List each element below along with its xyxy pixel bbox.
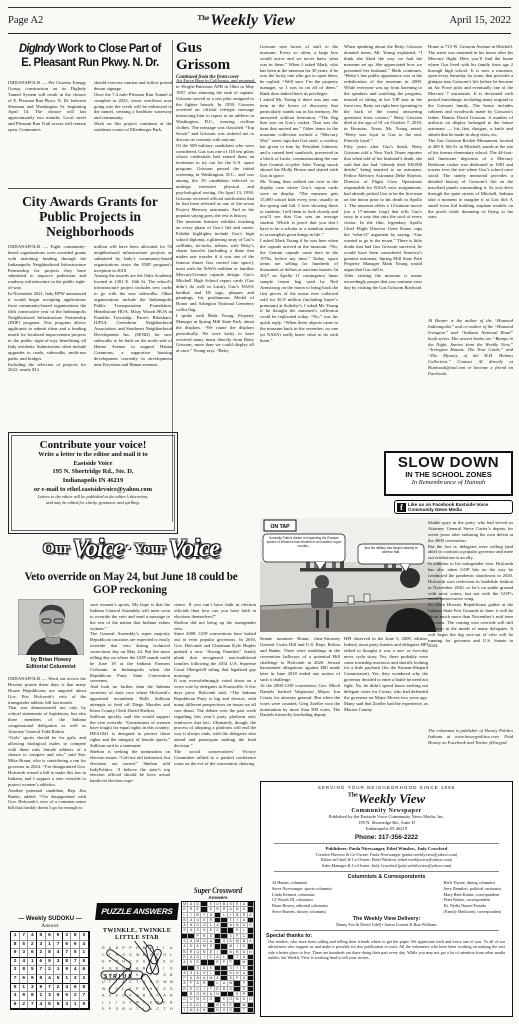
wordsearch-letter: C xyxy=(129,960,132,964)
thanks-text: Our readers, who have been calling and t… xyxy=(266,939,507,961)
delivery-names: Danny Fox & David Udell • Aaron Cornett … xyxy=(266,922,507,928)
columnists-lists: Al Hunter, columnistSteve Nicewanger, sp… xyxy=(266,880,507,915)
wordsearch-letter: H xyxy=(150,987,153,991)
wordsearch-letter: T xyxy=(136,980,139,984)
wordsearch-letter: K xyxy=(136,973,139,977)
crossword-cell: I xyxy=(182,1008,189,1013)
byline-role: Editorial Columnist xyxy=(12,664,90,671)
wordsearch-letter: I xyxy=(116,980,117,984)
masthead-box-name: Weekly View xyxy=(358,791,425,806)
wordsearch-letter: B xyxy=(116,946,119,950)
section-rule xyxy=(8,188,172,189)
wordsearch-letter: H xyxy=(143,980,146,984)
sudoku-cell: 3 xyxy=(80,932,89,941)
sudoku-cell: 8 xyxy=(63,958,72,967)
page-number: Page A2 xyxy=(8,15,43,26)
sudoku-cell: 1 xyxy=(11,932,20,941)
sudoku-cell: 2 xyxy=(54,984,63,993)
contribute-email: or e-mail to ethel.eastsidevoice@yahoo.c… xyxy=(12,486,174,495)
wordsearch-letter: C xyxy=(102,953,105,957)
slowdown-line3: In Remembrance of Hannah xyxy=(386,479,511,487)
wordsearch-title-line2: LITTLE STAR xyxy=(97,934,177,941)
wordsearch-letter: D xyxy=(143,987,146,991)
wordsearch-letter: R xyxy=(102,946,105,950)
on-tap-sign: ON TAP xyxy=(270,524,290,530)
columnist-entry: (Family Medicine), correspondent xyxy=(444,909,501,915)
columnist-photo-art xyxy=(18,599,84,655)
sudoku-cell: 7 xyxy=(20,932,29,941)
wordsearch-letter: I xyxy=(163,946,164,950)
sudoku-cell: 4 xyxy=(63,984,72,993)
sudoku-cell: 5 xyxy=(63,992,72,1001)
wordsearch-grid-art: SIRIUS RKBPPGBUTIACTHGDWMWPOLEPDHCSSACEO… xyxy=(98,941,176,1015)
wordsearch-letter: S xyxy=(170,967,173,971)
crossword-cell xyxy=(208,1008,215,1013)
columnists-left-list: Al Hunter, columnistSteve Nicewanger, sp… xyxy=(272,880,332,915)
sudoku-cell: 7 xyxy=(46,984,55,993)
sudoku-cell: 4 xyxy=(37,1001,46,1010)
wordsearch-letter: S xyxy=(122,1001,125,1005)
wordsearch-letter: T xyxy=(163,1007,166,1011)
sudoku-cell: 2 xyxy=(20,1001,29,1010)
contribute-title: Contribute your voice! xyxy=(12,439,174,451)
facebook-icon: f xyxy=(397,503,406,512)
wordsearch-letter: K xyxy=(163,1001,166,1005)
wordsearch-letter: T xyxy=(136,1007,139,1011)
wordsearch-answer: TWINKLE, TWINKLE LITTLE STAR SIRIUS RKBP… xyxy=(97,927,177,1020)
editorial-headline-line1: Veto override on May 24, but June 18 cou… xyxy=(4,571,258,583)
gus-col1: Air Force Base in California, and return… xyxy=(176,78,254,522)
sudoku-cell: 5 xyxy=(54,975,63,984)
wordsearch-letter: C xyxy=(129,980,132,984)
our-voice-banner: Our Voice • Your Voice xyxy=(4,528,258,570)
facebook-label: Like us on Facebook Eastside Voice Commu… xyxy=(408,502,510,512)
sudoku-cell: 1 xyxy=(28,958,37,967)
wordsearch-letter: C xyxy=(156,1007,159,1011)
sudoku-cell: 7 xyxy=(11,975,20,984)
wordsearch-letter: T xyxy=(109,953,112,957)
crossword-grid: MADSUBSEAEREERRANDLIBYALIBRABAUERTIAANGO… xyxy=(181,901,256,1014)
wordsearch-letter: G xyxy=(109,967,112,971)
sudoku-cell: 1 xyxy=(37,992,46,1001)
sudoku-cell: 9 xyxy=(63,966,72,975)
gus-col4: Home at 715 W. Grissom Avenue in Mitchel… xyxy=(428,44,513,316)
masthead-roles: Creative Director & Co-Owner: Paula Nice… xyxy=(266,852,507,869)
columnist-entry: Steve Nicewanger, sports columnist xyxy=(272,886,332,892)
crossword-cell: A xyxy=(195,1008,202,1013)
wordsearch-letter: O xyxy=(163,953,166,957)
crossword-cell: N xyxy=(215,1008,222,1013)
wordsearch-letter: G xyxy=(136,994,139,998)
slow-down-psa: SLOW DOWN IN THE SCHOOL ZONES In Remembr… xyxy=(384,451,513,496)
columnist-photo xyxy=(18,599,84,655)
banner-voice-2: Voice xyxy=(169,535,220,563)
newspaper-masthead: TheWeekly View xyxy=(198,12,296,30)
wordsearch-letter: R xyxy=(129,973,132,977)
wordsearch-letter: W xyxy=(150,953,154,957)
contribute-line2: Eastside Voice xyxy=(12,460,174,469)
sudoku-cell: 1 xyxy=(71,1001,80,1010)
sudoku-cell: 5 xyxy=(71,949,80,958)
sudoku-cell: 2 xyxy=(37,949,46,958)
wordsearch-letter: G xyxy=(116,1007,119,1011)
digindy-col1: INDIANAPOLIS — Per Citizens Energy Group… xyxy=(8,80,86,182)
wordsearch-letter: D xyxy=(116,960,119,964)
wordsearch-letter: G xyxy=(136,946,139,950)
sudoku-cell: 4 xyxy=(20,958,29,967)
editorial-cartoon: ON TAP Marek Ironically Putin's dream of… xyxy=(260,518,442,632)
wordsearch-letter: L xyxy=(156,967,158,971)
city-awards-col1: INDIANAPOLIS — Eight community-based org… xyxy=(8,244,86,428)
editorial-tagline: The columnist is publisher of Howey Poli… xyxy=(428,728,513,776)
wordsearch-letter: P xyxy=(156,973,159,977)
wordsearch-letter: P xyxy=(129,946,132,950)
wordsearch-letter: O xyxy=(122,994,125,998)
sudoku-cell: 3 xyxy=(54,958,63,967)
sudoku-cell: 3 xyxy=(28,984,37,993)
wordsearch-letter: R xyxy=(170,994,173,998)
wordsearch-letter: E xyxy=(163,960,166,964)
editorial-byline: by Brian Howey Editorial Columnist xyxy=(12,657,90,671)
wordsearch-letter: C xyxy=(156,960,159,964)
wordsearch-letter: S xyxy=(170,987,173,991)
wordsearch-letter: E xyxy=(102,960,105,964)
editorial-headline-line2: GOP reckoning xyxy=(78,584,182,596)
sudoku-cell: 9 xyxy=(46,958,55,967)
wordsearch-letter: C xyxy=(156,987,159,991)
sudoku-cell: 8 xyxy=(71,932,80,941)
sudoku-cell: 6 xyxy=(54,992,63,1001)
sudoku-cell: 6 xyxy=(63,941,72,950)
wordsearch-letter: B xyxy=(116,967,119,971)
wordsearch-letter: R xyxy=(143,967,146,971)
masthead-divider-3 xyxy=(274,930,499,931)
wordsearch-letter: B xyxy=(143,994,146,998)
wordsearch-letter: G xyxy=(163,973,166,977)
wordsearch-letter: U xyxy=(102,980,105,984)
sudoku-cell: 8 xyxy=(28,992,37,1001)
sudoku-cell: 6 xyxy=(71,984,80,993)
sudoku-cell: 6 xyxy=(11,1001,20,1010)
wordsearch-letter: D xyxy=(156,980,159,984)
sudoku-cell: 8 xyxy=(37,975,46,984)
wordsearch-letter: P xyxy=(109,987,112,991)
sudoku-cell: 5 xyxy=(80,958,89,967)
sudoku-cell: 5 xyxy=(37,932,46,941)
slowdown-line1: SLOW DOWN xyxy=(386,455,511,470)
sudoku-cell: 5 xyxy=(46,1001,55,1010)
wordsearch-letter: O xyxy=(150,994,153,998)
wordsearch-letter: P xyxy=(136,987,139,991)
wordsearch-letter: O xyxy=(170,960,173,964)
sudoku-cell: 2 xyxy=(46,966,55,975)
sudoku-cell: 4 xyxy=(11,992,20,1001)
wordsearch-letter: L xyxy=(122,987,124,991)
sudoku-cell: 2 xyxy=(63,932,72,941)
sudoku-cell: 7 xyxy=(37,966,46,975)
crossword-cell: O xyxy=(221,1008,228,1013)
sudoku-cell: 5 xyxy=(11,984,20,993)
banner-bullet: • xyxy=(126,541,131,557)
banner-voice-1: Voice xyxy=(73,535,124,563)
byline-author: by Brian Howey xyxy=(12,657,90,664)
sudoku-cell: 6 xyxy=(80,966,89,975)
sudoku-cell: 8 xyxy=(80,984,89,993)
sudoku-cell: 3 xyxy=(63,1001,72,1010)
sudoku-cell: 3 xyxy=(11,966,20,975)
wordsearch-letter: O xyxy=(116,987,119,991)
wordsearch-letter: M xyxy=(170,980,173,984)
sudoku-cell: 7 xyxy=(71,958,80,967)
wordsearch-letter: E xyxy=(129,987,132,991)
gus-col2: Grissom sent boxes of stuff to the museu… xyxy=(260,44,338,522)
columnist-entry: Steve Barnett, history columnist xyxy=(272,909,332,915)
gus-col3: When speaking about the Betty Grissom do… xyxy=(344,44,422,448)
masthead-phone: Phone: 317-356-2222 xyxy=(266,834,507,841)
city-awards-col2: million will have been allocated for 53 … xyxy=(94,244,172,428)
wordsearch-letter: O xyxy=(122,967,125,971)
wordsearch-letter: W xyxy=(163,980,167,984)
editorial-colB: save women’s sports. My hope is that the… xyxy=(90,602,170,898)
sudoku-cell: 9 xyxy=(37,984,46,993)
wordsearch-letter: K xyxy=(129,994,132,998)
sudoku-cell: 7 xyxy=(54,941,63,950)
wordsearch-letter: P xyxy=(109,1007,112,1011)
sudoku-cell: 4 xyxy=(28,932,37,941)
gus-grissom-title: Gus Grissom xyxy=(176,40,256,74)
crossword-title: Super Crossword xyxy=(182,886,253,895)
wordsearch-letter: K xyxy=(129,967,132,971)
sudoku-cell: 6 xyxy=(37,958,46,967)
sudoku-cell: 7 xyxy=(80,992,89,1001)
wordsearch-letter: I xyxy=(116,1001,117,1005)
sudoku-cell: 9 xyxy=(80,1001,89,1010)
wordsearch-letter: L xyxy=(109,1001,111,1005)
sudoku-cell: 9 xyxy=(54,932,63,941)
wordsearch-letter: P xyxy=(156,953,159,957)
sudoku-grid: 1745692838523176949362847512416938753857… xyxy=(10,931,89,1010)
crossword-answer: Super Crossword Answers MADSUBSEAEREERRA… xyxy=(176,886,260,1014)
masthead-box-the: The xyxy=(348,793,358,799)
columnist-entry: Herb Thyme, dining columnist xyxy=(444,880,501,886)
wordsearch-letter: B xyxy=(170,1001,173,1005)
sudoku-cell: 9 xyxy=(11,949,20,958)
sudoku-cell: 5 xyxy=(28,966,37,975)
wordsearch-letter: G xyxy=(122,953,125,957)
digindy-brand: DigIndy xyxy=(19,41,55,55)
sudoku-cell: 2 xyxy=(11,958,20,967)
facebook-like-bar: f Like us on Facebook Eastside Voice Com… xyxy=(394,500,513,514)
wordsearch-letter: U xyxy=(129,1007,132,1011)
masthead-divider-1 xyxy=(274,843,499,844)
wordsearch-letter: G xyxy=(150,980,153,984)
wordsearch-letter: U xyxy=(150,946,153,950)
author-bio: Al Hunter is the author of the “Haunted … xyxy=(428,318,513,448)
wordsearch-letter: L xyxy=(102,1001,104,1005)
sudoku-cell: 7 xyxy=(28,1001,37,1010)
wordsearch-letter: A xyxy=(102,994,105,998)
banner-our: Our xyxy=(43,541,70,558)
wordsearch-letter: T xyxy=(129,1001,132,1005)
sudoku-cell: 2 xyxy=(80,975,89,984)
contribute-address1: 195 N. Shortridge Rd., Ste. D, xyxy=(12,468,174,477)
sudoku-cell: 1 xyxy=(54,966,63,975)
crossword-subtitle: Answers xyxy=(176,895,260,900)
sudoku-cell: 4 xyxy=(46,975,55,984)
contribute-address2: Indianapolis IN 46219 xyxy=(12,477,174,486)
masthead-info-box: SERVING YOUR NEIGHBORHOOD SINCE 1996 The… xyxy=(260,781,513,1017)
wordsearch-letter: W xyxy=(136,953,140,957)
wordsearch-letter: S xyxy=(136,960,139,964)
masthead-the: The xyxy=(198,14,210,22)
sudoku-cell: 6 xyxy=(28,949,37,958)
sudoku-cell: 3 xyxy=(37,941,46,950)
sudoku-cell: 8 xyxy=(54,1001,63,1010)
wordsearch-letter: M xyxy=(143,953,146,957)
sudoku-cell: 1 xyxy=(20,984,29,993)
sudoku-cell: 4 xyxy=(54,949,63,958)
wordsearch-title-line1: TWINKLE, TWINKLE xyxy=(97,927,177,934)
wordsearch-letter: P xyxy=(102,1007,105,1011)
sudoku-cell: 7 xyxy=(63,949,72,958)
crossword-cell xyxy=(234,1008,241,1013)
wordsearch-letter: S xyxy=(143,960,146,964)
wordsearch-letter: M xyxy=(136,1001,139,1005)
sudoku-cell: 9 xyxy=(20,992,29,1001)
sudoku-cell: 1 xyxy=(80,949,89,958)
sudoku-cell: 2 xyxy=(28,941,37,950)
editorial-colE: HPI observed in the June 5, 2008, editio… xyxy=(344,636,428,778)
crossword-cell xyxy=(248,1008,255,1013)
columnists-right-list: Herb Thyme, dining columnistJerry Bramle… xyxy=(444,880,501,915)
wordsearch-letter: I xyxy=(143,1007,144,1011)
wordsearch-letter: M xyxy=(109,973,112,977)
wordsearch-letter: P xyxy=(122,946,125,950)
contribute-line1: Write a letter to the editor and mail it… xyxy=(12,451,174,460)
wordsearch-letter: C xyxy=(109,994,112,998)
sudoku-cell: 3 xyxy=(20,949,29,958)
wordsearch-letter: L xyxy=(150,967,152,971)
masthead-title: Weekly View xyxy=(210,12,295,29)
digindy-col2: should exercise caution and follow poste… xyxy=(94,80,172,182)
wordsearch-letter: T xyxy=(109,980,112,984)
wordsearch-letter: K xyxy=(102,967,105,971)
wordsearch-letter: D xyxy=(129,953,132,957)
columnist-entry: Jerry Bramlett, political cartoonist xyxy=(444,886,501,892)
sudoku-cell: 8 xyxy=(11,941,20,950)
editorial-colD: Senate nominee Braun, then-Attorney Gene… xyxy=(260,636,340,778)
sudoku-cell: 1 xyxy=(46,941,55,950)
sudoku-cell: 6 xyxy=(20,975,29,984)
sudoku-cell: 4 xyxy=(71,966,80,975)
masthead-box-title: TheWeekly View xyxy=(266,790,507,808)
wordsearch-letter: H xyxy=(116,953,119,957)
wordsearch-letter: B xyxy=(170,973,173,977)
sudoku-cell: 8 xyxy=(20,966,29,975)
sudoku-cell: 3 xyxy=(46,992,55,1001)
wordsearch-letter: A xyxy=(170,946,173,950)
masthead-role-line: Sales Manager & Co-Owner: Judy Crawford … xyxy=(266,863,507,869)
wordsearch-letter: H xyxy=(122,960,125,964)
crossword-cell: T xyxy=(241,1008,248,1013)
masthead-divider-2 xyxy=(274,871,499,872)
wordsearch-letter: S xyxy=(163,987,166,991)
wordsearch-letter: S xyxy=(150,1001,153,1005)
sudoku-cell: 9 xyxy=(28,975,37,984)
banner-your: Your xyxy=(134,541,166,558)
wordsearch-letter: R xyxy=(156,1001,159,1005)
crossword-cell: S xyxy=(228,1008,235,1013)
sudoku-cell: 6 xyxy=(46,932,55,941)
sudoku-cell: 3 xyxy=(71,975,80,984)
cartoon-bubble-2: And his military has fought valiantly to… xyxy=(360,546,422,562)
wordsearch-letter: B xyxy=(122,1007,125,1011)
wordsearch-letter: H xyxy=(170,1007,173,1011)
sudoku-cell: 5 xyxy=(20,941,29,950)
sudoku-cell: 4 xyxy=(80,941,89,950)
sudoku-title: — Weekly SUDOKU — xyxy=(6,916,94,922)
masthead-address2: Indianapolis IN 46219 xyxy=(266,826,507,832)
slowdown-line2: IN THE SCHOOL ZONES xyxy=(386,470,511,479)
wordsearch-letter: A xyxy=(150,1007,153,1011)
wordsearch-letter: E xyxy=(116,994,119,998)
wordsearch-letter: A xyxy=(163,994,166,998)
puzzle-answers-banner: PUZZLE ANSWERS xyxy=(95,903,179,920)
crossword-cell: M xyxy=(188,1008,195,1013)
contribute-box: Contribute your voice! Write a letter to… xyxy=(8,432,178,534)
contribute-inner: Contribute your voice! Write a letter to… xyxy=(11,435,175,531)
editorial-colA: INDIANAPOLIS — Word out across the Hoosi… xyxy=(8,676,86,912)
cartoon-bubble-1: Ironically Putin's dream of expanding th… xyxy=(265,536,343,560)
wordsearch-letter: P xyxy=(150,973,153,977)
editorial-colF: likable guys in the party, who had serve… xyxy=(428,520,513,726)
crossword-cell: N xyxy=(201,1008,208,1013)
wordsearch-letter: W xyxy=(102,987,106,991)
sudoku-answer: — Weekly SUDOKU — Answer 174569283852317… xyxy=(6,916,94,1010)
sudoku-subtitle: Answer xyxy=(6,923,94,929)
sudoku-cell: 2 xyxy=(71,992,80,1001)
sudoku-cell: 8 xyxy=(46,949,55,958)
contribute-fineprint2: and may be edited for clarity, grammar, … xyxy=(12,500,174,506)
digindy-headline: DigIndy Work to Close Part of E. Pleasan… xyxy=(14,42,167,70)
issue-date: April 15, 2022 xyxy=(449,15,511,26)
city-awards-headline: City Awards Grants for Public Projects i… xyxy=(8,194,172,239)
sudoku-cell: 1 xyxy=(63,975,72,984)
wordsearch-letter: L xyxy=(170,953,172,957)
wordsearch-letter: I xyxy=(163,967,164,971)
sudoku-cell: 9 xyxy=(71,941,80,950)
editorial-colC: rience. If you can’t have faith in elect… xyxy=(174,602,256,882)
wordsearch-letter: A xyxy=(136,967,139,971)
wordsearch-letter: P xyxy=(109,960,112,964)
page-header: Page A2 TheWeekly View April 15, 2022 xyxy=(8,7,511,34)
newspaper-page: Page A2 TheWeekly View April 15, 2022 Di… xyxy=(0,0,519,1024)
